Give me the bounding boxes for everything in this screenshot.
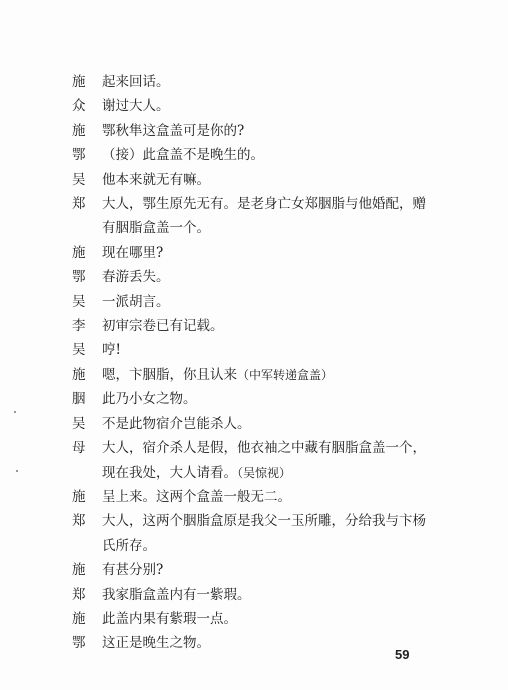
scanned-page: 施起来回话。 众谢过大人。 施鄂秋隼这盒盖可是你的? 鄂（接）此盒盖不是晚生的。…	[0, 0, 508, 690]
speaker: 众	[72, 94, 102, 118]
speech-text: 现在我处，大人请看。	[102, 465, 237, 481]
dialogue-line: 母大人，宿介杀人是假，他衣袖之中藏有胭脂盒盖一个，	[72, 436, 452, 460]
dialogue-line: 施有甚分别?	[72, 558, 452, 582]
dialogue-line: 吴哼!	[72, 338, 452, 362]
speech: 谢过大人。	[102, 94, 452, 118]
dialogue-continuation: 有胭脂盒盖一个。	[72, 216, 452, 240]
speaker: 施	[72, 241, 102, 265]
speaker: 胭	[72, 387, 102, 411]
speaker: 吴	[72, 338, 102, 362]
dialogue-line: 郑大人，鄂生原先无有。是老身亡女郑胭脂与他婚配，赠	[72, 192, 452, 216]
dialogue-line: 鄂（接）此盒盖不是晚生的。	[72, 143, 452, 167]
speech: （接）此盒盖不是晚生的。	[102, 143, 452, 167]
dialogue-line: 施现在哪里?	[72, 241, 452, 265]
speech: 大人，宿介杀人是假，他衣袖之中藏有胭脂盒盖一个，	[102, 436, 452, 460]
speech: 此盖内果有紫瑕一点。	[102, 607, 452, 631]
scan-speck	[16, 470, 18, 472]
page-number: 59	[395, 647, 409, 662]
dialogue-line: 施呈上来。这两个盒盖一般无二。	[72, 485, 452, 509]
dialogue-line: 胭此乃小女之物。	[72, 387, 452, 411]
dialogue-line: 吴他本来就无有嘛。	[72, 168, 452, 192]
speaker: 吴	[72, 290, 102, 314]
speech: 鄂秋隼这盒盖可是你的?	[102, 119, 452, 143]
speech: 初审宗卷已有记载。	[102, 314, 452, 338]
speaker: 郑	[72, 509, 102, 533]
speaker: 郑	[72, 192, 102, 216]
speaker: 施	[72, 363, 102, 387]
speaker: 施	[72, 70, 102, 94]
speaker: 郑	[72, 583, 102, 607]
dialogue-line: 郑我家脂盒盖内有一紫瑕。	[72, 583, 452, 607]
dialogue-line: 众谢过大人。	[72, 94, 452, 118]
speaker: 李	[72, 314, 102, 338]
dialogue-line: 李初审宗卷已有记载。	[72, 314, 452, 338]
speech: 现在我处，大人请看。（吴惊视）	[102, 461, 452, 485]
speaker: 施	[72, 558, 102, 582]
dialogue-continuation: 现在我处，大人请看。（吴惊视）	[72, 461, 452, 485]
dialogue-continuation: 氏所存。	[72, 534, 452, 558]
speaker: 施	[72, 485, 102, 509]
speech: 呈上来。这两个盒盖一般无二。	[102, 485, 452, 509]
speech: 一派胡言。	[102, 290, 452, 314]
speech: 不是此物宿介岂能杀人。	[102, 412, 452, 436]
speaker: 吴	[72, 412, 102, 436]
scan-speck	[14, 411, 16, 413]
speaker: 吴	[72, 168, 102, 192]
dialogue-line: 吴一派胡言。	[72, 290, 452, 314]
speaker: 鄂	[72, 631, 102, 655]
speech: 此乃小女之物。	[102, 387, 452, 411]
speech: 现在哪里?	[102, 241, 452, 265]
speaker: 施	[72, 119, 102, 143]
speech: 有胭脂盒盖一个。	[102, 216, 452, 240]
dialogue-line: 施起来回话。	[72, 70, 452, 94]
speaker: 母	[72, 436, 102, 460]
speech: 我家脂盒盖内有一紫瑕。	[102, 583, 452, 607]
dialogue-line: 郑大人，这两个胭脂盒原是我父一玉所雕，分给我与卞杨	[72, 509, 452, 533]
dialogue-line: 吴不是此物宿介岂能杀人。	[72, 412, 452, 436]
speech: 有甚分别?	[102, 558, 452, 582]
speech: 嗯，卞胭脂，你且认来（中军转递盒盖）	[102, 363, 452, 387]
script-dialogue: 施起来回话。 众谢过大人。 施鄂秋隼这盒盖可是你的? 鄂（接）此盒盖不是晚生的。…	[72, 70, 452, 656]
speaker: 鄂	[72, 143, 102, 167]
speech: 春游丢失。	[102, 265, 452, 289]
dialogue-line: 鄂春游丢失。	[72, 265, 452, 289]
speaker: 鄂	[72, 265, 102, 289]
dialogue-line: 施鄂秋隼这盒盖可是你的?	[72, 119, 452, 143]
speaker: 施	[72, 607, 102, 631]
speech: 大人，这两个胭脂盒原是我父一玉所雕，分给我与卞杨	[102, 509, 452, 533]
stage-direction: （中军转递盒盖）	[237, 368, 333, 382]
speech: 他本来就无有嘛。	[102, 168, 452, 192]
speech-text: 嗯，卞胭脂，你且认来	[102, 367, 237, 383]
dialogue-line: 施此盖内果有紫瑕一点。	[72, 607, 452, 631]
dialogue-line: 施嗯，卞胭脂，你且认来（中军转递盒盖）	[72, 363, 452, 387]
speech: 氏所存。	[102, 534, 452, 558]
speech: 大人，鄂生原先无有。是老身亡女郑胭脂与他婚配，赠	[102, 192, 452, 216]
speech: 起来回话。	[102, 70, 452, 94]
speech: 哼!	[102, 338, 452, 362]
stage-direction: （吴惊视）	[237, 466, 291, 480]
